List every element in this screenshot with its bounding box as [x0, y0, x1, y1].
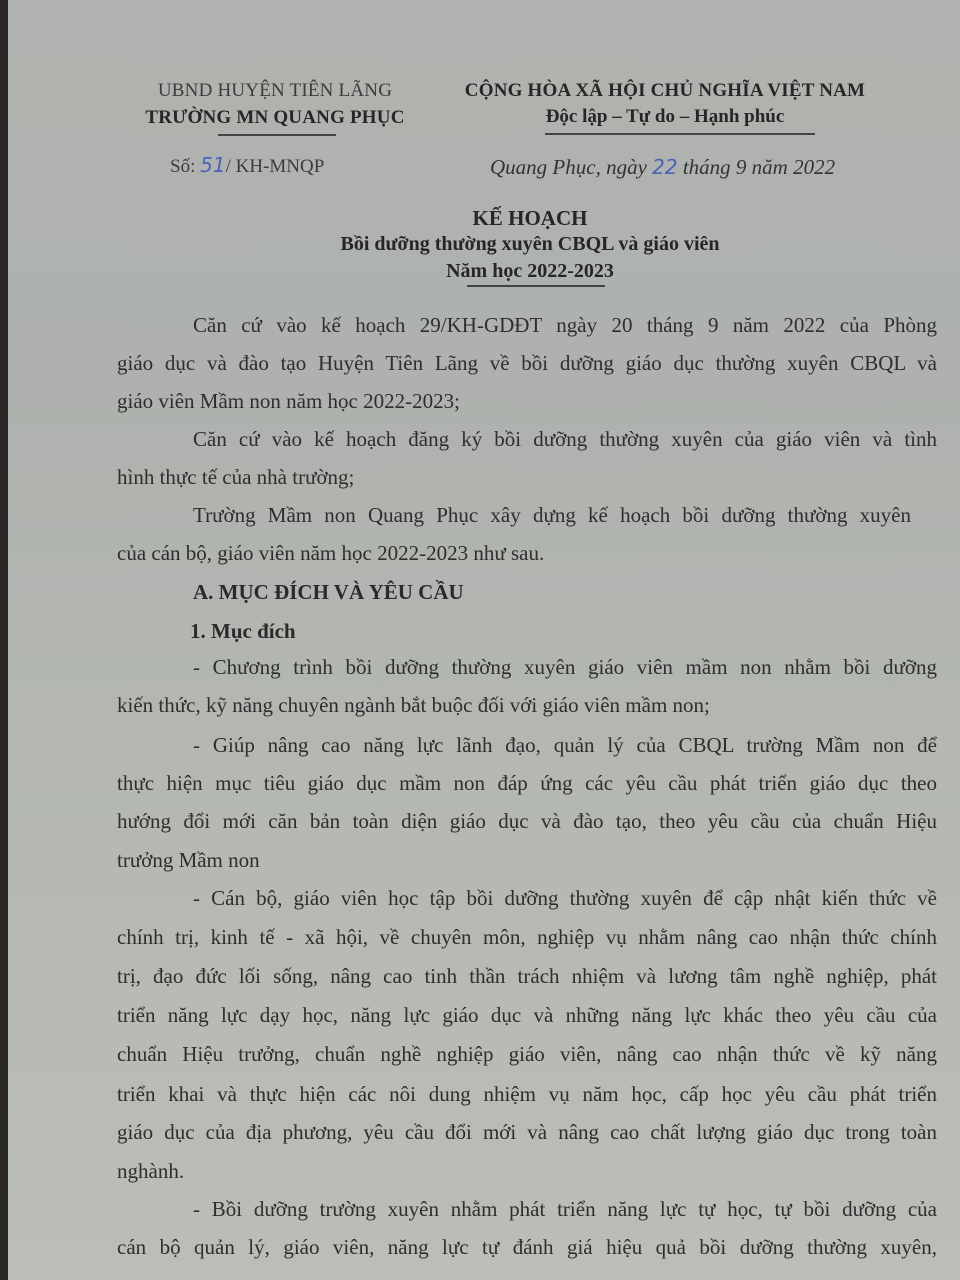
section-heading-a: A. MỤC ĐÍCH VÀ YÊU CẦU	[193, 580, 464, 605]
national-motto: Độc lập – Tự do – Hạnh phúc	[450, 106, 880, 128]
school-name: TRƯỜNG MN QUANG PHỤC	[130, 107, 420, 129]
paragraph-line: chính trị, kinh tế - xã hội, về chuyên m…	[117, 925, 937, 950]
document-subtitle: Bồi dưỡng thường xuyên CBQL và giáo viên	[180, 233, 880, 256]
paragraph-line: trưởng Mầm non	[117, 848, 260, 873]
subsection-heading-1: 1. Mục đích	[190, 619, 296, 644]
paragraph-line: - Bồi dưỡng trường xuyên nhằm phát triển…	[193, 1197, 937, 1222]
paragraph-line: giáo viên Mầm non năm học 2022-2023;	[117, 389, 460, 414]
paragraph-line: nghành.	[117, 1159, 184, 1184]
paragraph-line: Trường Mầm non Quang Phục xây dựng kế ho…	[193, 503, 911, 528]
paragraph-line: giáo dục và đào tạo Huyện Tiên Lãng về b…	[117, 351, 937, 376]
paragraph-line: của cán bộ, giáo viên năm học 2022-2023 …	[117, 541, 544, 566]
paragraph-line: giáo dục của địa phương, yêu cầu đổi mới…	[117, 1120, 937, 1145]
date-prefix: Quang Phục, ngày	[490, 155, 647, 179]
doc-number-suffix: / KH-MNQP	[226, 156, 325, 177]
paragraph-line: Căn cứ vào kế hoạch đăng ký bồi dưỡng th…	[193, 427, 937, 452]
nation-name: CỘNG HÒA XÃ HỘI CHỦ NGHĨA VIỆT NAM	[450, 80, 880, 102]
paragraph-line: thực hiện mục tiêu giáo dục mầm non đáp …	[117, 771, 937, 796]
paragraph-line: Căn cứ vào kế hoạch 29/KH-GDĐT ngày 20 t…	[193, 313, 937, 338]
doc-number-prefix: Số:	[170, 156, 195, 177]
paragraph-line: hướng đổi mới căn bản toàn diện giáo dục…	[117, 809, 937, 834]
paragraph-line: triển năng lực dạy học, năng lực giáo dụ…	[117, 1003, 937, 1028]
paragraph-line: hình thực tế của nhà trường;	[117, 465, 354, 490]
document-number: Số: 51/ KH-MNQP	[170, 153, 324, 178]
title-underline	[467, 285, 605, 287]
school-underline	[218, 134, 336, 136]
paragraph-line: - Cán bộ, giáo viên học tập bồi dưỡng th…	[193, 886, 937, 911]
document-title: KẾ HOẠCH	[180, 206, 880, 231]
date-suffix: tháng 9 năm 2022	[683, 155, 835, 179]
page-edge-shadow	[0, 0, 8, 1280]
school-year: Năm học 2022-2023	[180, 260, 880, 283]
paragraph-line: cán bộ quản lý, giáo viên, năng lực tự đ…	[117, 1235, 937, 1260]
authority-name: UBND HUYỆN TIÊN LÃNG	[130, 80, 420, 102]
paragraph-line: triển khai và thực hiện các nôi dung nhi…	[117, 1082, 937, 1107]
paragraph-line: - Chương trình bồi dưỡng thường xuyên gi…	[193, 655, 937, 680]
paragraph-line: trị, đạo đức lối sống, nâng cao tinh thầ…	[117, 964, 937, 989]
motto-underline	[545, 133, 815, 135]
paragraph-line: chuẩn Hiệu trưởng, chuẩn nghề nghiệp giá…	[117, 1042, 937, 1067]
document-date: Quang Phục, ngày 22 tháng 9 năm 2022	[490, 155, 835, 180]
doc-number-handwritten: 51	[200, 153, 225, 177]
paragraph-line: kiến thức, kỹ năng chuyên ngành bắt buộc…	[117, 693, 710, 718]
paragraph-line: - Giúp nâng cao năng lực lãnh đạo, quản …	[193, 733, 937, 758]
date-day-handwritten: 22	[652, 155, 677, 179]
